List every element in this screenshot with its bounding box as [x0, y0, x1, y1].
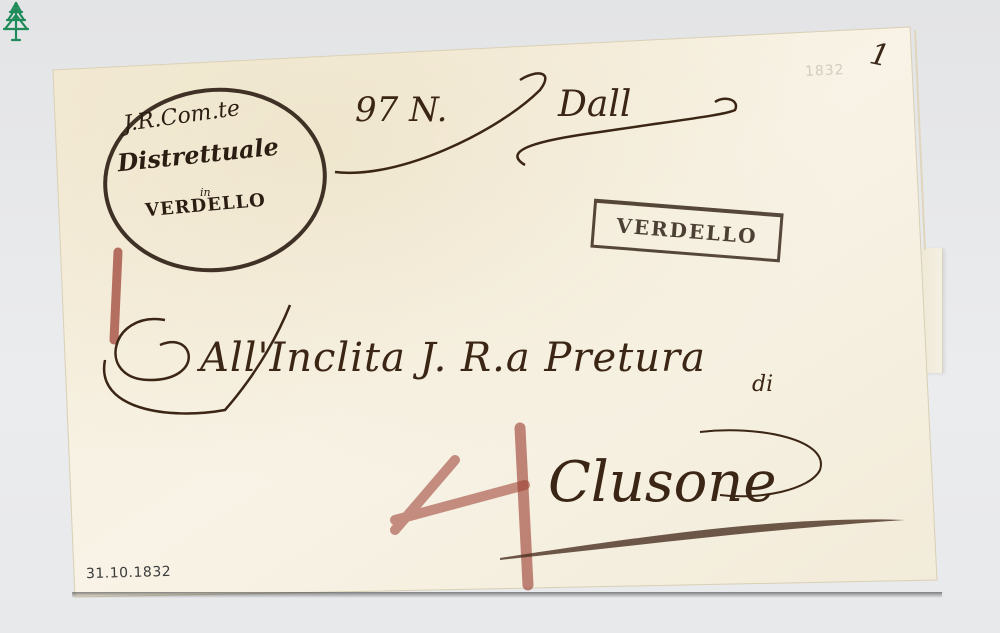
tree-icon [0, 0, 32, 44]
letter-bottom-shadow [72, 592, 942, 598]
letter-paper [0, 0, 1000, 633]
manuscript-reference: 97 N. [355, 90, 447, 130]
address-line: All'Inclita J. R.a Pretura [200, 335, 706, 381]
manuscript-dall: Dall [558, 84, 631, 125]
destination-town: Clusone [548, 450, 776, 515]
pencil-date-note: 31.10.1832 [86, 564, 172, 582]
letter-cover: J.R.Com.te Distrettuale in VERDELLO VERD… [0, 0, 1000, 633]
boxed-cancel-text: VERDELLO [615, 213, 758, 248]
pencil-year-faint: 1832 [805, 62, 845, 80]
address-di: di [752, 372, 773, 397]
